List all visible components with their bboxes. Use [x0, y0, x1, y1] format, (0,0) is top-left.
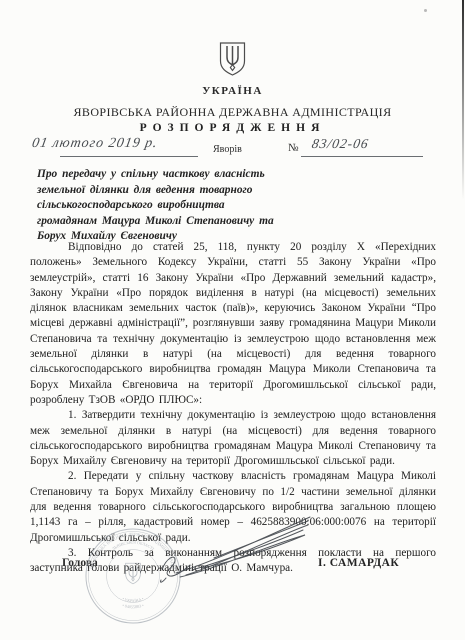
svg-text:• УКРАЇНА •: • УКРАЇНА • [122, 596, 145, 604]
subject-line: сільськогосподарського виробництва [37, 198, 297, 214]
svg-text:• 04055883 •: • 04055883 • [122, 602, 145, 609]
document-page: УКРАЇНА ЯВОРІВСЬКА РАЙОННА ДЕРЖАВНА АДМІ… [0, 0, 465, 640]
subject-line: громадянам Мацура Миколі Степановичу та [37, 214, 297, 230]
handwritten-signature [156, 504, 324, 592]
date-underline [60, 156, 198, 157]
seal-country-text: • УКРАЇНА • [122, 596, 145, 604]
seal-oblast-text: ЛЬВІВСЬКОЇ ОБЛАСТІ [111, 540, 156, 552]
scan-edge-artifact [462, 0, 464, 200]
doc-type-title: РОЗПОРЯДЖЕННЯ [0, 122, 465, 134]
svg-text:ЛЬВІВСЬКОЇ ОБЛАСТІ: ЛЬВІВСЬКОЇ ОБЛАСТІ [111, 540, 156, 552]
ukraine-trident-emblem-icon [219, 42, 246, 76]
seal-code-text: • 04055883 • [122, 602, 145, 609]
subject-line: Про передачу у спільну часткову власніст… [37, 167, 297, 183]
signer-name-label: І. САМАРДАК [318, 557, 399, 569]
seal-trident-icon [126, 563, 141, 584]
number-sign: № [288, 142, 299, 154]
handwritten-date: 01 лютого 2019 р. [31, 136, 159, 152]
subject-line: земельної ділянки для ведення товарного [37, 183, 297, 199]
scan-speck-artifact [424, 9, 427, 12]
number-underline [301, 156, 423, 157]
country-label: УКРАЇНА [0, 85, 465, 97]
subject-block: Про передачу у спільну часткову власніст… [37, 167, 297, 245]
place-label: Яворів [213, 144, 242, 155]
handwritten-number: 83/02-06 [311, 136, 371, 152]
order-item-1: 1. Затвердити технічну документацію із з… [30, 408, 436, 469]
intro-paragraph: Відповідно до статей 25, 118, пункту 20 … [30, 240, 436, 408]
authority-name: ЯВОРІВСЬКА РАЙОННА ДЕРЖАВНА АДМІНІСТРАЦІ… [0, 105, 465, 120]
